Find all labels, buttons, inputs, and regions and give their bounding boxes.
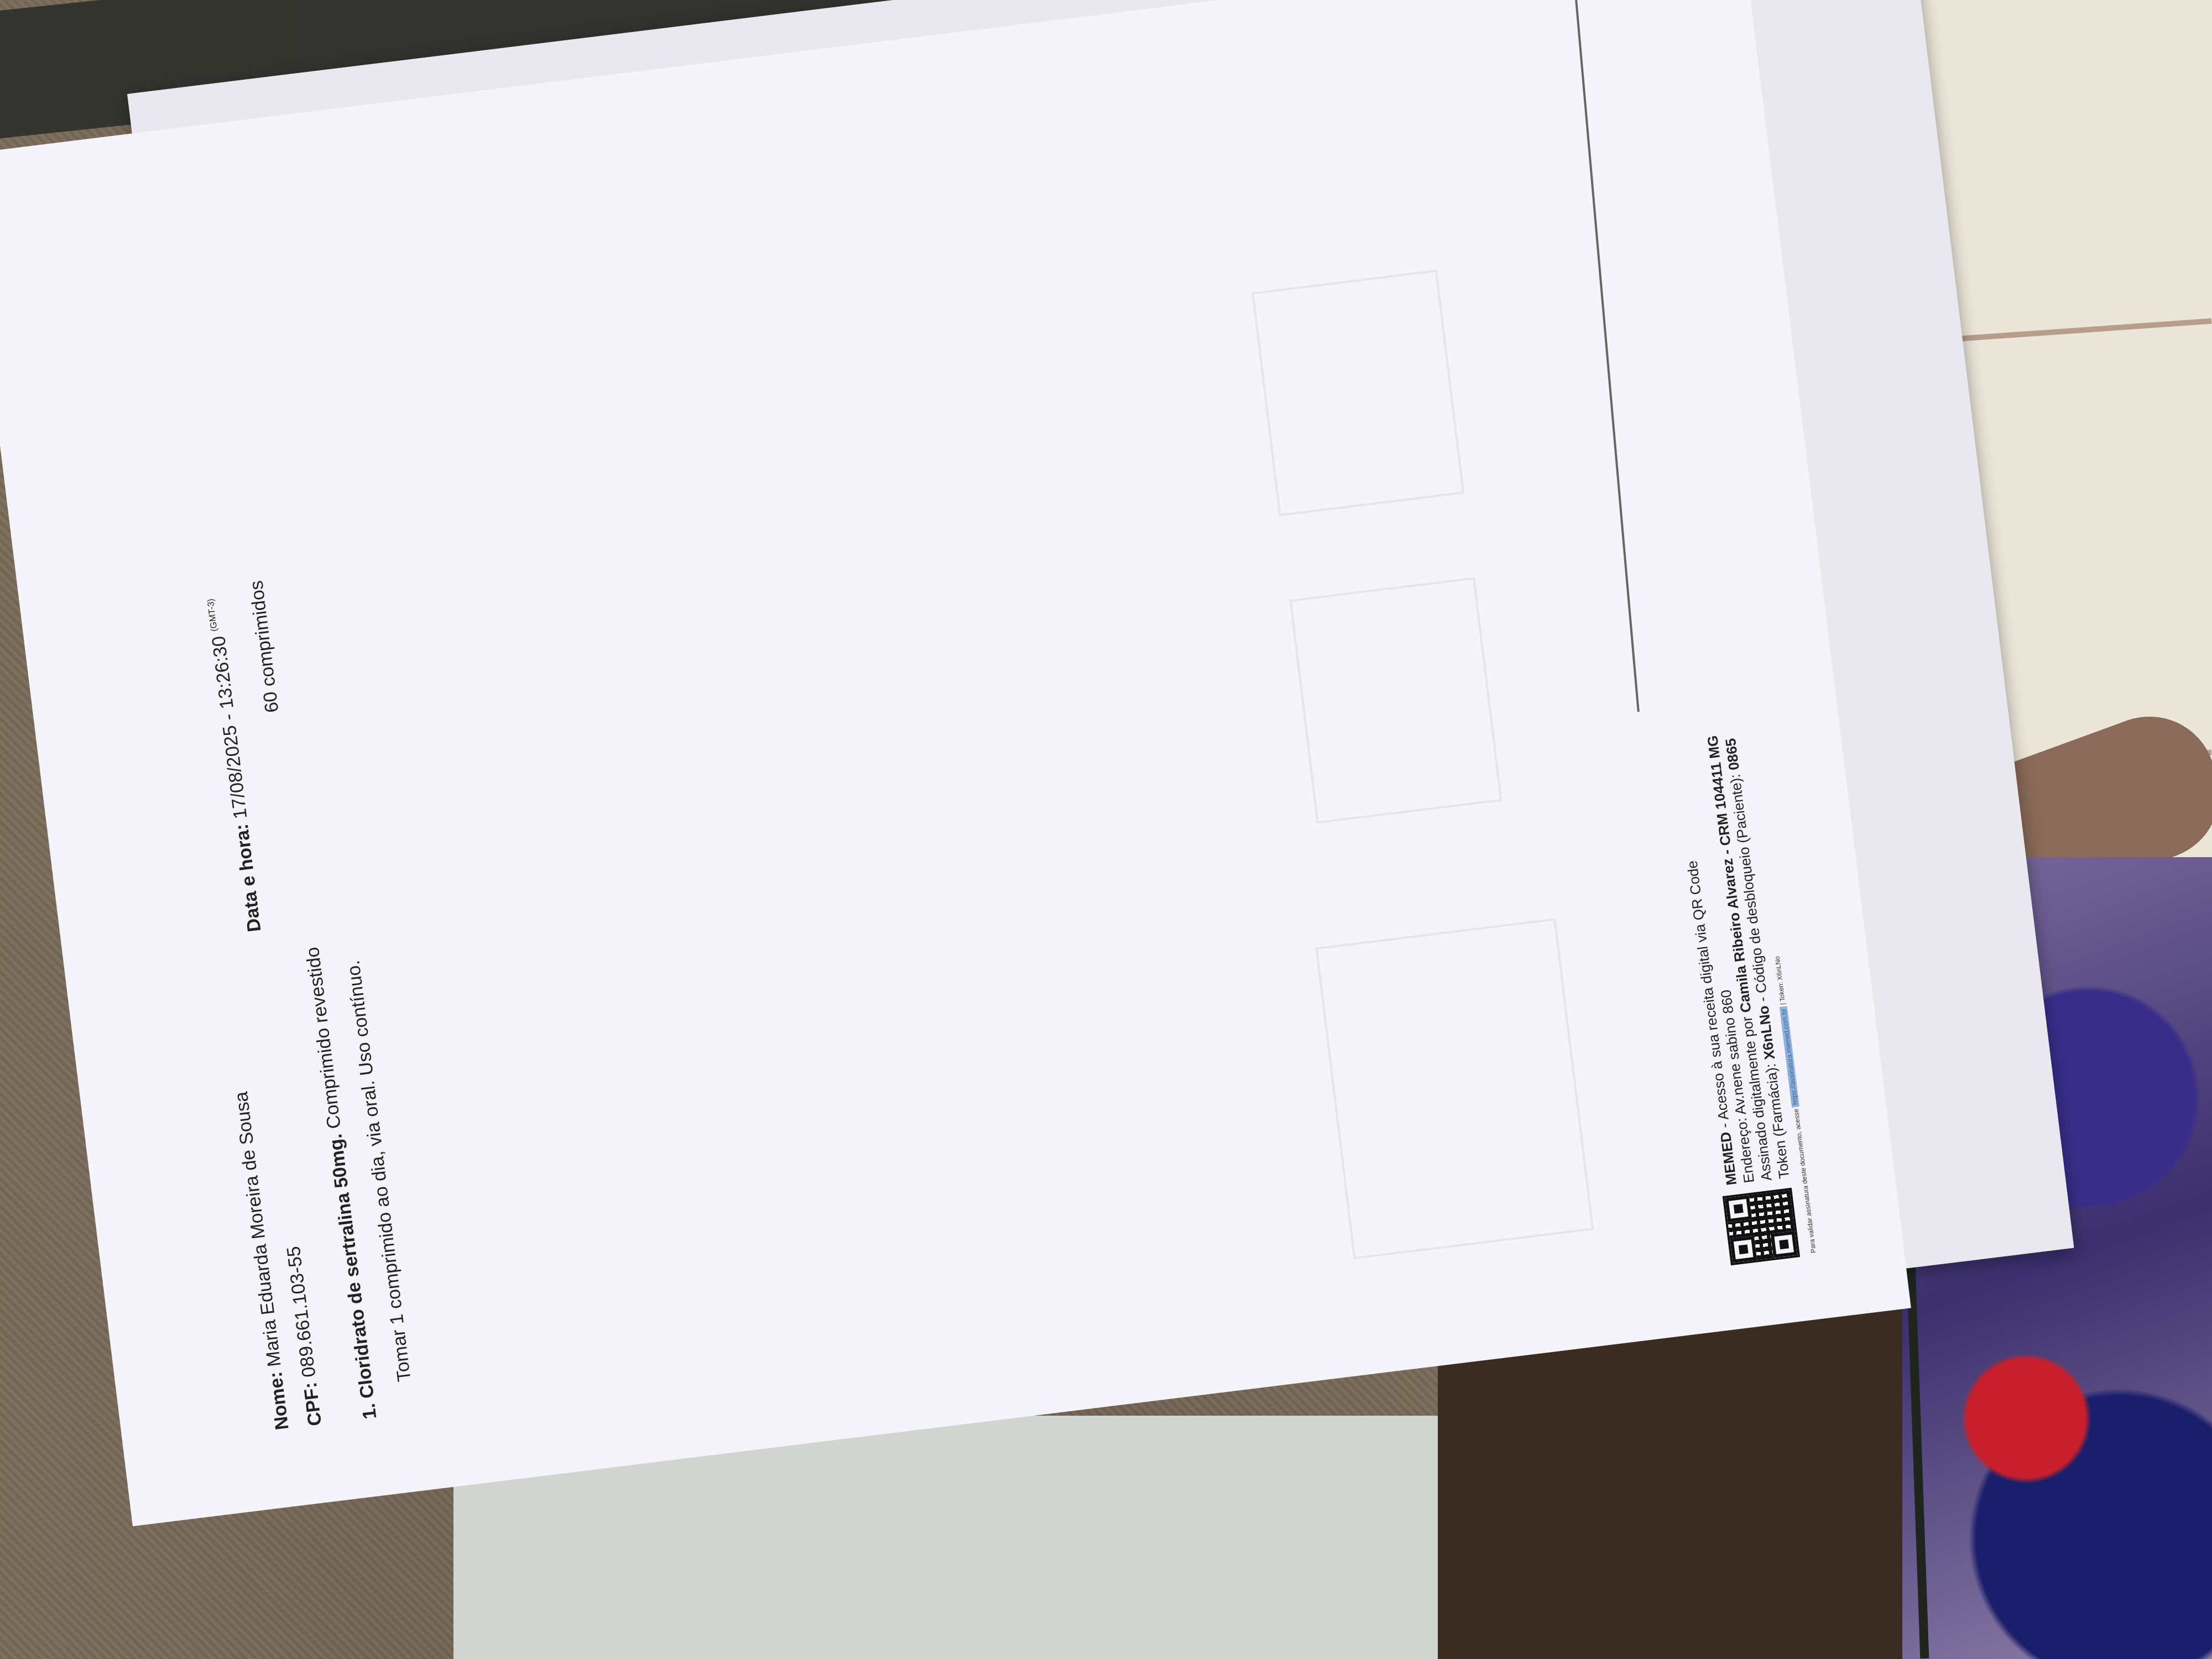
qr-finder-icon [1771, 1231, 1798, 1258]
prescription-page: Nome: Maria Eduarda Moreira de Sousa CPF… [0, 0, 1911, 1526]
qr-finder-icon [1730, 1236, 1757, 1263]
patient-name-value: Maria Eduarda Moreira de Sousa [231, 1091, 285, 1368]
qr-finder-icon [1725, 1195, 1752, 1222]
datetime-timezone: (GMT-3) [206, 598, 219, 632]
patient-name-label: Nome: [265, 1370, 293, 1431]
prescription-form: Comprimido revestido [302, 946, 345, 1130]
footer-divider [1574, 0, 1640, 712]
bleed-through-box [1315, 918, 1594, 1259]
qr-code-icon[interactable] [1725, 1190, 1798, 1263]
prescription-index: 1. [358, 1402, 380, 1421]
signature-footer: MEMED - Acesso à sua receita digital via… [1598, 165, 1733, 1263]
validation-prefix: Para validar assinatura deste documento,… [1792, 1108, 1817, 1254]
unlock-code: 0865 [1722, 737, 1743, 771]
datetime-label: Data e hora: [231, 823, 265, 933]
patient-cpf-label: CPF: [300, 1381, 326, 1427]
prescription-quantity: 60 comprimidos [245, 580, 284, 714]
bleed-through-box [1251, 270, 1464, 517]
patient-cpf-value: 089.661.103-55 [283, 1245, 320, 1379]
validation-token: | Token: X6nLNo [1773, 956, 1787, 1005]
bleed-through-box [1289, 577, 1502, 823]
datetime-value: 17/08/2025 - 13:26:30 [208, 635, 251, 820]
